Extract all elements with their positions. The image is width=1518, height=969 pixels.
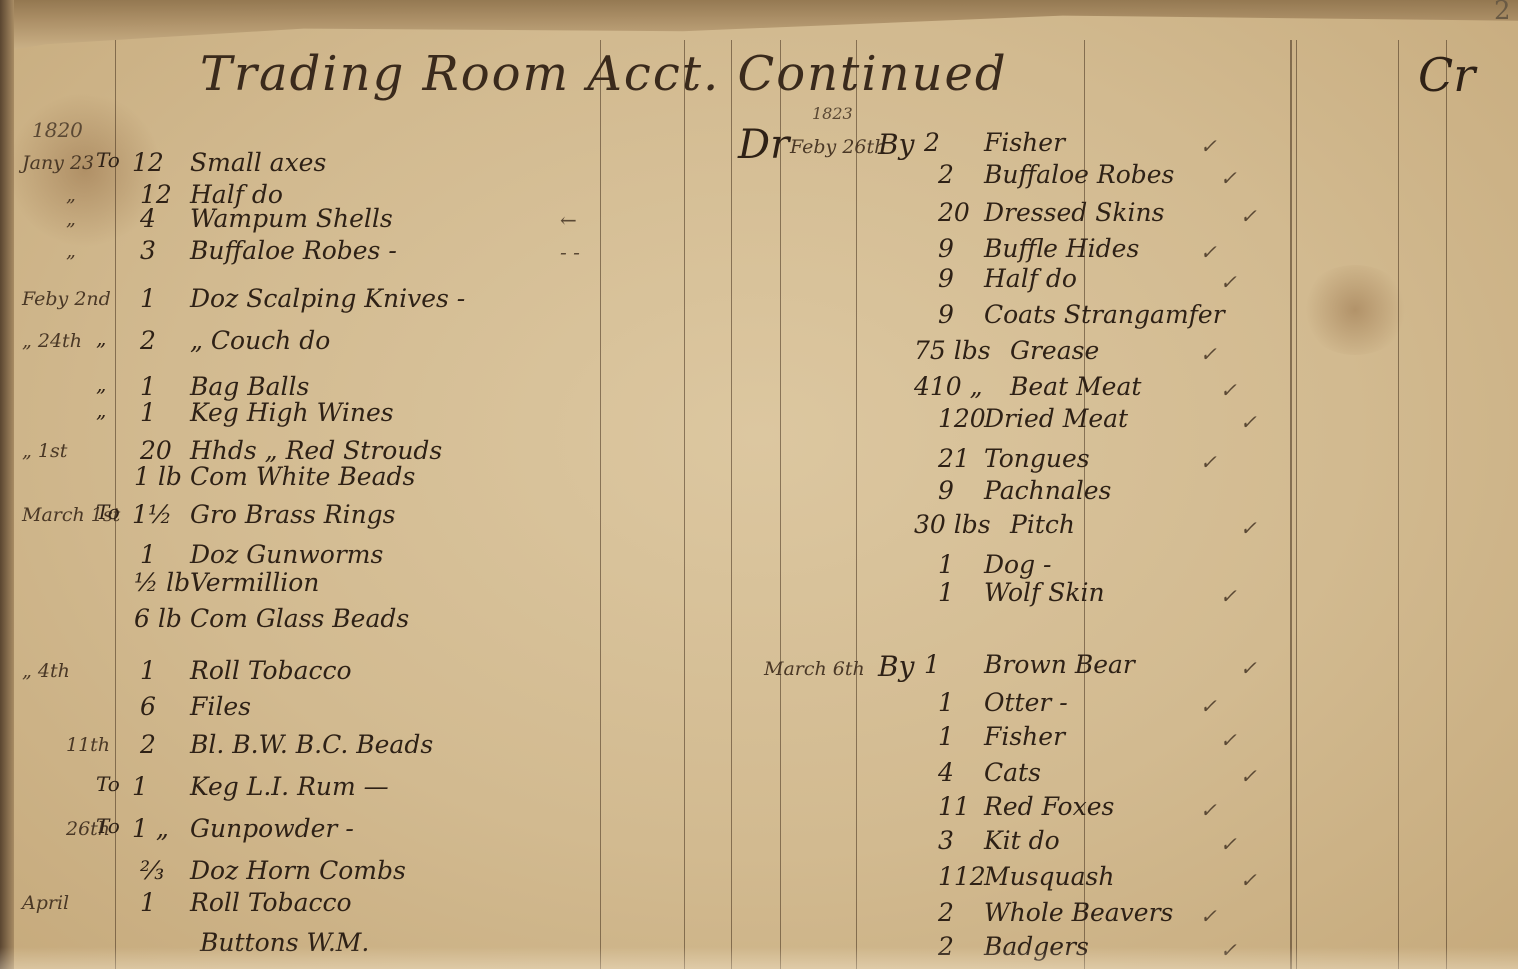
entry-quantity: 9	[938, 300, 954, 329]
entry-item: Roll Tobacco	[190, 888, 352, 917]
ledger-rule-line	[1296, 40, 1297, 969]
entry-item: Brown Bear	[984, 650, 1135, 679]
entry-item: Otter -	[984, 688, 1068, 717]
entry-mark: ←	[560, 208, 577, 232]
entry-item: Musquash	[984, 862, 1114, 891]
entry-date: 11th	[66, 734, 110, 756]
entry-quantity: 1 „	[132, 814, 169, 843]
entry-item: Buffle Hides	[984, 234, 1139, 263]
entry-quantity: 4	[140, 204, 156, 233]
entry-quantity: 1	[140, 656, 156, 685]
entry-quantity: 30 lbs	[914, 510, 991, 539]
check-mark-icon: ✓	[1240, 656, 1257, 680]
check-mark-icon: ✓	[1220, 584, 1237, 608]
entry-item: Kit do	[984, 826, 1060, 855]
ledger-rule-line	[600, 40, 601, 969]
entry-item: Wampum Shells	[190, 204, 393, 233]
page-left-edge	[0, 0, 14, 969]
entry-quantity: 1	[140, 398, 156, 427]
check-mark-icon: ✓	[1240, 868, 1257, 892]
entry-prefix: „	[96, 372, 106, 396]
ledger-rule-line	[1290, 40, 1292, 969]
entry-prefix: To	[96, 772, 120, 796]
entry-prefix: To	[96, 500, 120, 524]
entry-item: Buffaloe Robes -	[190, 236, 397, 265]
entry-item: Cats	[984, 758, 1041, 787]
check-mark-icon: ✓	[1220, 832, 1237, 856]
entry-date: March 6th	[764, 658, 865, 680]
entry-item: Vermillion	[190, 568, 319, 597]
entry-item: Small axes	[190, 148, 326, 177]
check-mark-icon: ✓	[1200, 904, 1217, 928]
entry-date: „	[66, 208, 76, 230]
entry-quantity: 11	[938, 792, 970, 821]
entry-quantity: 1	[938, 578, 954, 607]
page-bottom-edge	[0, 947, 1518, 969]
check-mark-icon: ✓	[1220, 166, 1237, 190]
entry-quantity: 1	[938, 550, 954, 579]
ledger-rule-line	[684, 40, 685, 969]
entry-item: Keg L.I. Rum —	[190, 772, 389, 801]
ledger-rule-line	[856, 40, 857, 969]
check-mark-icon: ✓	[1200, 694, 1217, 718]
credit-dr-mark: Dr	[738, 122, 789, 168]
check-mark-icon: ✓	[1200, 798, 1217, 822]
entry-date: „ 1st	[22, 440, 67, 462]
entry-item: Gunpowder -	[190, 814, 354, 843]
entry-quantity: 1	[938, 688, 954, 717]
ledger-rule-line	[1398, 40, 1399, 969]
entry-quantity: 20	[938, 198, 970, 227]
check-mark-icon: ✓	[1240, 204, 1257, 228]
entry-quantity: 4	[938, 758, 954, 787]
entry-item: Pachnales	[984, 476, 1111, 505]
entry-item: Hhds „ Red Strouds	[190, 436, 442, 465]
entry-date: „ 4th	[22, 660, 70, 682]
entry-item: Dried Meat	[984, 404, 1128, 433]
entry-item: Fisher	[984, 722, 1065, 751]
entry-quantity: 3	[938, 826, 954, 855]
entry-item: Roll Tobacco	[190, 656, 352, 685]
ledger-page: 2 Trading Room Acct. Continued Cr 1820 J…	[0, 0, 1518, 969]
credit-year: 1823	[812, 104, 853, 123]
entry-item: Bag Balls	[190, 372, 309, 401]
check-mark-icon: ✓	[1220, 728, 1237, 752]
entry-quantity: 1	[140, 284, 156, 313]
entry-item: Keg High Wines	[190, 398, 394, 427]
entry-prefix: To	[96, 814, 120, 838]
entry-item: Com Glass Beads	[190, 604, 409, 633]
entry-quantity: 20	[140, 436, 172, 465]
check-mark-icon: ✓	[1240, 516, 1257, 540]
entry-quantity: 2	[938, 160, 954, 189]
credit-column-header: Cr	[1418, 48, 1475, 102]
entry-quantity: ⅔	[140, 856, 164, 885]
entry-quantity: 6 lb	[134, 604, 182, 633]
entry-date: „	[66, 240, 76, 262]
entry-item: Com White Beads	[190, 462, 415, 491]
ledger-rule-line	[731, 40, 732, 969]
entry-quantity: ½ lb	[134, 568, 190, 597]
debit-year: 1820	[32, 118, 83, 142]
entry-item: Red Foxes	[984, 792, 1114, 821]
check-mark-icon: ✓	[1220, 378, 1237, 402]
entry-date: „	[66, 184, 76, 206]
entry-mark: - -	[560, 240, 580, 264]
ledger-rule-line	[1446, 40, 1447, 969]
entry-quantity: 21	[938, 444, 970, 473]
entry-quantity: 75 lbs	[914, 336, 991, 365]
entry-item: Doz Horn Combs	[190, 856, 406, 885]
entry-quantity: 1	[140, 888, 156, 917]
entry-prefix: To	[96, 148, 120, 172]
entry-quantity: 410 „	[914, 372, 983, 401]
entry-item: Doz Scalping Knives -	[190, 284, 465, 313]
entry-item: Bl. B.W. B.C. Beads	[190, 730, 433, 759]
water-stain	[1300, 265, 1410, 355]
entry-quantity: 2	[140, 326, 156, 355]
entry-quantity: 6	[140, 692, 156, 721]
entry-date: „ 24th	[22, 330, 82, 352]
entry-item: „ Couch do	[190, 326, 330, 355]
check-mark-icon: ✓	[1200, 134, 1217, 158]
entry-quantity: 9	[938, 234, 954, 263]
entry-item: Tongues	[984, 444, 1090, 473]
entry-quantity: 3	[140, 236, 156, 265]
entry-quantity: 1	[140, 372, 156, 401]
entry-prefix: „	[96, 326, 106, 350]
check-mark-icon: ✓	[1200, 240, 1217, 264]
entry-date: April	[22, 892, 69, 914]
entry-date: Feby 26th	[790, 136, 886, 158]
entry-quantity: 9	[938, 264, 954, 293]
entry-prefix: „	[96, 398, 106, 422]
entry-item: Pitch	[1010, 510, 1075, 539]
entry-quantity: 12	[132, 148, 164, 177]
entry-item: Coats Strangamfer	[984, 300, 1225, 329]
entry-prefix: By	[878, 650, 914, 683]
entry-item: Half do	[984, 264, 1077, 293]
entry-quantity: 1	[938, 722, 954, 751]
entry-quantity: 9	[938, 476, 954, 505]
entry-quantity: 2	[924, 128, 940, 157]
entry-item: Beat Meat	[1010, 372, 1141, 401]
entry-date: Jany 23	[22, 152, 94, 174]
entry-quantity: 2	[140, 730, 156, 759]
entry-quantity: 2	[938, 898, 954, 927]
entry-date: Feby 2nd	[22, 288, 111, 310]
page-number: 2	[1494, 0, 1511, 26]
check-mark-icon: ✓	[1200, 450, 1217, 474]
entry-quantity: 1	[132, 772, 148, 801]
entry-quantity: 1	[140, 540, 156, 569]
check-mark-icon: ✓	[1220, 270, 1237, 294]
entry-item: Grease	[1010, 336, 1099, 365]
entry-quantity: 1 lb	[134, 462, 182, 491]
entry-item: Dog -	[984, 550, 1052, 579]
check-mark-icon: ✓	[1200, 342, 1217, 366]
ledger-title: Trading Room Acct. Continued	[200, 46, 1008, 102]
entry-item: Whole Beavers	[984, 898, 1173, 927]
entry-item: Files	[190, 692, 251, 721]
entry-quantity: 1	[924, 650, 940, 679]
entry-item: Wolf Skin	[984, 578, 1105, 607]
entry-item: Gro Brass Rings	[190, 500, 396, 529]
entry-item: Fisher	[984, 128, 1065, 157]
check-mark-icon: ✓	[1240, 410, 1257, 434]
entry-quantity: 112	[938, 862, 986, 891]
entry-item: Buffaloe Robes	[984, 160, 1174, 189]
entry-prefix: By	[878, 128, 914, 161]
check-mark-icon: ✓	[1240, 764, 1257, 788]
entry-item: Doz Gunworms	[190, 540, 383, 569]
entry-quantity: 1½	[132, 500, 172, 529]
entry-item: Dressed Skins	[984, 198, 1164, 227]
entry-quantity: 120	[938, 404, 986, 433]
ledger-rule-line	[780, 40, 781, 969]
